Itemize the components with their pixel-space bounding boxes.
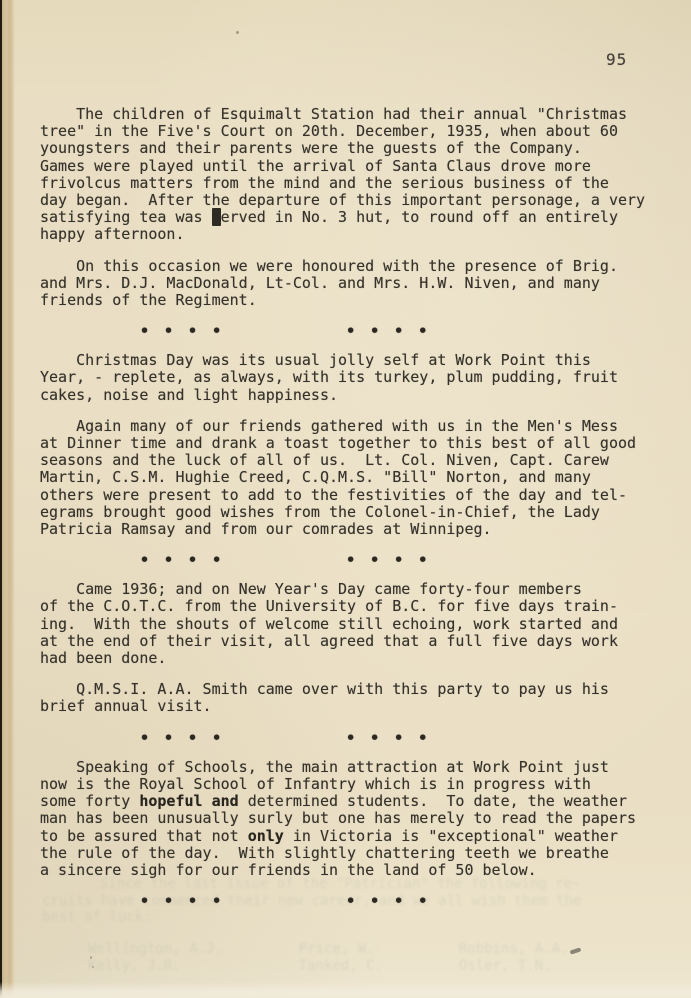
separator-dots: •••• <box>140 730 236 747</box>
text-line: tree" in the Five's Court on 20th. Decem… <box>40 123 670 140</box>
paragraph: Speaking of Schools, the main attraction… <box>40 759 670 879</box>
text-line: day began. After the departure of this i… <box>40 192 670 209</box>
separator-dots: •••• <box>140 893 236 910</box>
paragraph: Again many of our friends gathered with … <box>40 418 670 538</box>
paper-speck <box>92 966 94 968</box>
text-line: The children of Esquimalt Station had th… <box>40 106 670 123</box>
text-line: egrams brought good wishes from the Colo… <box>40 504 670 521</box>
text-line: Came 1936; and on New Year's Day came fo… <box>40 581 670 598</box>
text-line: ing. With the shouts of welcome still ec… <box>40 616 670 633</box>
section-separator: •••••••• <box>40 323 670 340</box>
text-line: at the end of their visit, all agreed th… <box>40 633 670 650</box>
text-line: some forty hopeful and determined studen… <box>40 793 670 810</box>
text-line: brief annual visit. <box>40 698 670 715</box>
separator-dots: •••• <box>346 893 442 910</box>
text-line: Patricia Ramsay and from our comrades at… <box>40 521 670 538</box>
text-line: man has been unusually surly but one has… <box>40 810 670 827</box>
page-number: 95 <box>606 50 627 69</box>
text-line: to be assured that not only in Victoria … <box>40 828 670 845</box>
text-line: friends of the Regiment. <box>40 292 670 309</box>
text-line: Martin, C.S.M. Hughie Creed, C.Q.M.S. "B… <box>40 469 670 486</box>
text-line: now is the Royal School of Infantry whic… <box>40 776 670 793</box>
text-line: happy afternoon. <box>40 226 670 243</box>
section-separator: •••••••• <box>40 730 670 747</box>
text-line: a sincere sigh for our friends in the la… <box>40 862 670 879</box>
text-line: youngsters and their parents were the gu… <box>40 140 670 157</box>
bleedthrough-line: Wellington, A.J. Price, W. Robbins, A.A. <box>88 941 568 957</box>
separator-dots: •••• <box>140 552 236 569</box>
text-line: On this occasion we were honoured with t… <box>40 258 670 275</box>
text-line: frivolcus matters from the mind and the … <box>40 175 670 192</box>
text-line: Year, - replete, as always, with its tur… <box>40 369 670 386</box>
text-line: Speaking of Schools, the main attraction… <box>40 759 670 776</box>
text-line: cakes, noise and light happiness. <box>40 387 670 404</box>
text-line: and Mrs. D.J. MacDonald, Lt-Col. and Mrs… <box>40 275 670 292</box>
ink-smudge <box>570 947 582 954</box>
separator-dots: •••• <box>346 323 442 340</box>
text-line: of the C.O.T.C. from the University of B… <box>40 598 670 615</box>
text-line: Christmas Day was its usual jolly self a… <box>40 352 670 369</box>
text-line: satisfying tea was served in No. 3 hut, … <box>40 209 670 226</box>
text-line: others were present to add to the festiv… <box>40 487 670 504</box>
paper-speck <box>236 31 239 34</box>
paragraph: Q.M.S.I. A.A. Smith came over with this … <box>40 681 670 715</box>
bleedthrough-line: Kelly, J.R. Tanked, C. Osler, T.N. <box>88 958 552 974</box>
text-line: Q.M.S.I. A.A. Smith came over with this … <box>40 681 670 698</box>
text-line: had been done. <box>40 650 670 667</box>
text-line: at Dinner time and drank a toast togethe… <box>40 435 670 452</box>
scanned-page: Since the last issue of the "Patrician" … <box>0 0 691 998</box>
section-separator: •••••••• <box>40 552 670 569</box>
separator-dots: •••• <box>346 552 442 569</box>
paragraph: Christmas Day was its usual jolly self a… <box>40 352 670 404</box>
text-line: Again many of our friends gathered with … <box>40 418 670 435</box>
page-binding-edge <box>0 0 15 998</box>
text-line: Games were played until the arrival of S… <box>40 158 670 175</box>
separator-dots: •••• <box>140 323 236 340</box>
separator-dots: •••• <box>346 730 442 747</box>
page-bottom-edge <box>0 982 691 998</box>
text-line: the rule of the day. With slightly chatt… <box>40 845 670 862</box>
page-content: The children of Esquimalt Station had th… <box>40 106 670 922</box>
paragraph: Came 1936; and on New Year's Day came fo… <box>40 581 670 667</box>
paragraph: The children of Esquimalt Station had th… <box>40 106 670 244</box>
text-line: seasons and the luck of all of us. Lt. C… <box>40 452 670 469</box>
paper-speck <box>90 956 92 959</box>
paragraph: On this occasion we were honoured with t… <box>40 258 670 310</box>
section-separator: •••••••• <box>40 893 670 910</box>
